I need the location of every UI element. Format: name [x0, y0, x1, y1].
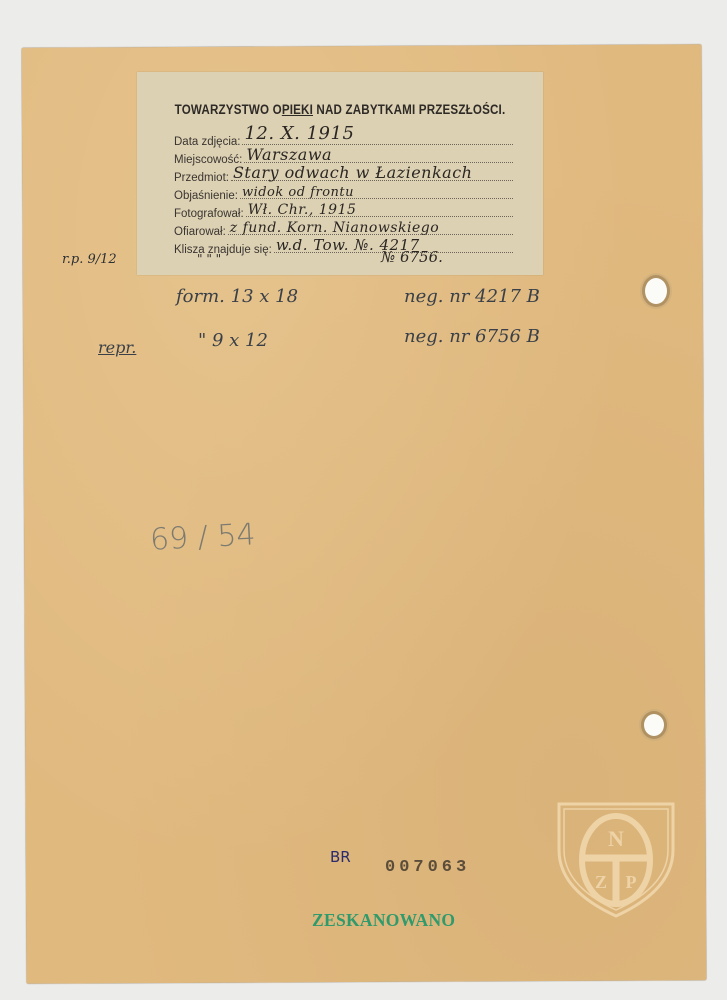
field-value: widok od frontu [242, 185, 354, 200]
field-photographer: Fotografował: Wł. Chr., 1915 [174, 202, 513, 220]
pencil-catalog-number: 69 / 54 [149, 517, 256, 557]
title-part: NAD ZABYTKAMI PRZESZŁOŚCI. [313, 102, 505, 117]
svg-text:Z: Z [595, 872, 607, 892]
format-note-1: form. 13 x 18 [176, 286, 298, 307]
scanned-stamp: ZESKANOWANO [312, 910, 455, 931]
margin-note: r.p. 9/12 [62, 252, 117, 267]
field-photo-date: Data zdjęcia: 12. X. 1915 [174, 130, 513, 148]
field-label: Klisza znajduje się: [174, 244, 272, 256]
negative-note-2: neg. nr 6756 B [404, 326, 540, 347]
field-label: Data zdjęcia: [174, 136, 240, 148]
field-label: Fotografował: [174, 208, 244, 220]
ditto-marks: " " " [197, 252, 221, 266]
svg-text:P: P [626, 872, 637, 892]
format-note-2: " 9 x 12 [198, 330, 268, 351]
nzp-watermark-icon: N Z P [555, 800, 677, 918]
punch-hole [645, 278, 667, 304]
negative-note-1: neg. nr 4217 B [404, 286, 540, 307]
svg-text:N: N [608, 826, 624, 851]
title-part: TOWARZYSTWO O [175, 102, 282, 117]
field-label: Przedmiot: [174, 172, 229, 184]
second-negative-number: № 6756. [381, 248, 443, 266]
society-label: TOWARZYSTWO OPIEKI NAD ZABYTKAMI PRZESZŁ… [137, 72, 543, 275]
field-description: Objaśnienie: widok od frontu [174, 184, 513, 202]
field-value: Warszawa [246, 145, 332, 164]
field-label: Objaśnienie: [174, 190, 238, 202]
field-negative-location: Klisza znajduje się: w.d. Tow. №. 4217 [174, 238, 513, 256]
field-value: z fund. Korn. Nianowskiego [230, 220, 439, 236]
field-value: Wł. Chr., 1915 [248, 202, 357, 218]
inventory-number-stamp: 007063 [385, 858, 470, 877]
field-label: Ofiarował: [174, 226, 226, 238]
field-value: Stary odwach w Łazienkach [233, 163, 473, 182]
initials-mark: BR [330, 848, 351, 866]
title-underlined: PIEKI [282, 102, 313, 117]
repr-note: repr. [98, 338, 136, 357]
punch-hole [644, 714, 664, 736]
field-value: 12. X. 1915 [244, 123, 354, 144]
field-subject: Przedmiot: Stary odwach w Łazienkach [174, 166, 513, 184]
label-title: TOWARZYSTWO OPIEKI NAD ZABYTKAMI PRZESZŁ… [165, 102, 514, 117]
